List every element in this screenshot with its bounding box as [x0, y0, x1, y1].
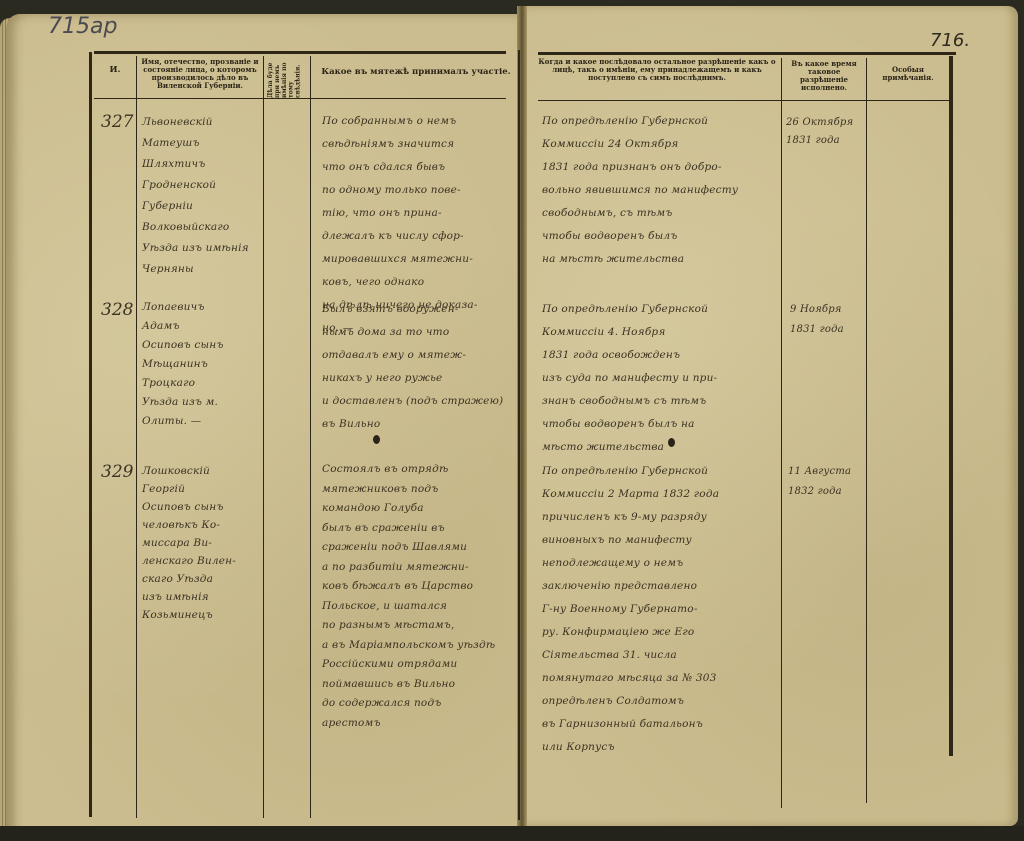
header-col-notes: Особыя примѣчанія. [868, 66, 948, 82]
entry-person-name: Лошковскій Георгій Осиповъ сынъ человѣкъ… [142, 462, 264, 624]
header-bottom-rule-right [538, 100, 952, 101]
bottom-shadow [0, 826, 1024, 841]
header-top-rule-left [94, 51, 506, 54]
entry-resolution: По опредѣленію Губернской Коммиссіи 2 Ма… [542, 460, 780, 759]
col-divider-gutter [518, 50, 520, 820]
entry-number: 327 [101, 112, 133, 132]
ink-spot [668, 438, 675, 447]
entry-participation: Состоялъ въ отрядѣ мятежниковъ подъ кома… [322, 460, 518, 733]
entry-person-name: Лопаевичъ Адамъ Осиповъ сынъ Мѣщанинъ Тр… [142, 298, 264, 431]
entry-resolution: По опредѣленію Губернской Коммиссіи 4. Н… [542, 298, 780, 459]
header-col-resolution: Когда и какое послѣдовало остальное разр… [534, 58, 780, 82]
entry-person-name: Львоневскій Матеушъ Шляхтичъ Гродненской… [142, 112, 264, 280]
header-top-rule-right [538, 52, 956, 55]
left-border-rule [89, 52, 92, 817]
col-divider-property [310, 56, 311, 818]
entry-number: 328 [101, 300, 133, 320]
header-col-property: Дѣла буде при немъ имѣнія по тому свѣдѣн… [268, 58, 308, 98]
header-col-name: Имя, отечество, прозваніе и состояніе ли… [138, 58, 262, 90]
entry-executed-date: 9 Ноября 1831 года [790, 300, 866, 340]
header-col-executed: Въ какое время таковое разрѣшеніе исполн… [783, 60, 865, 92]
right-folio-mark: 716. [930, 30, 970, 51]
col-divider-number [136, 56, 137, 818]
entry-resolution: По опредѣленію Губернской Коммиссіи 24 О… [542, 110, 780, 271]
header-col-number: И. [100, 66, 130, 76]
left-folio-mark: 715ар [48, 14, 117, 39]
ink-spot [373, 435, 380, 444]
entry-number: 329 [101, 462, 133, 482]
entry-executed-date: 26 Октября 1831 года [786, 114, 866, 150]
entry-executed-date: 11 Августа 1832 года [788, 462, 866, 502]
col-divider-executed [866, 58, 867, 803]
right-border-rule [949, 56, 953, 756]
entry-participation: Былъ взятъ вооружен- нымъ дома за то что… [322, 298, 518, 436]
col-divider-resolution [781, 58, 782, 808]
header-bottom-rule-left [94, 98, 506, 99]
header-col-participation: Какое въ мятежѣ принималъ участіе. [316, 68, 516, 78]
